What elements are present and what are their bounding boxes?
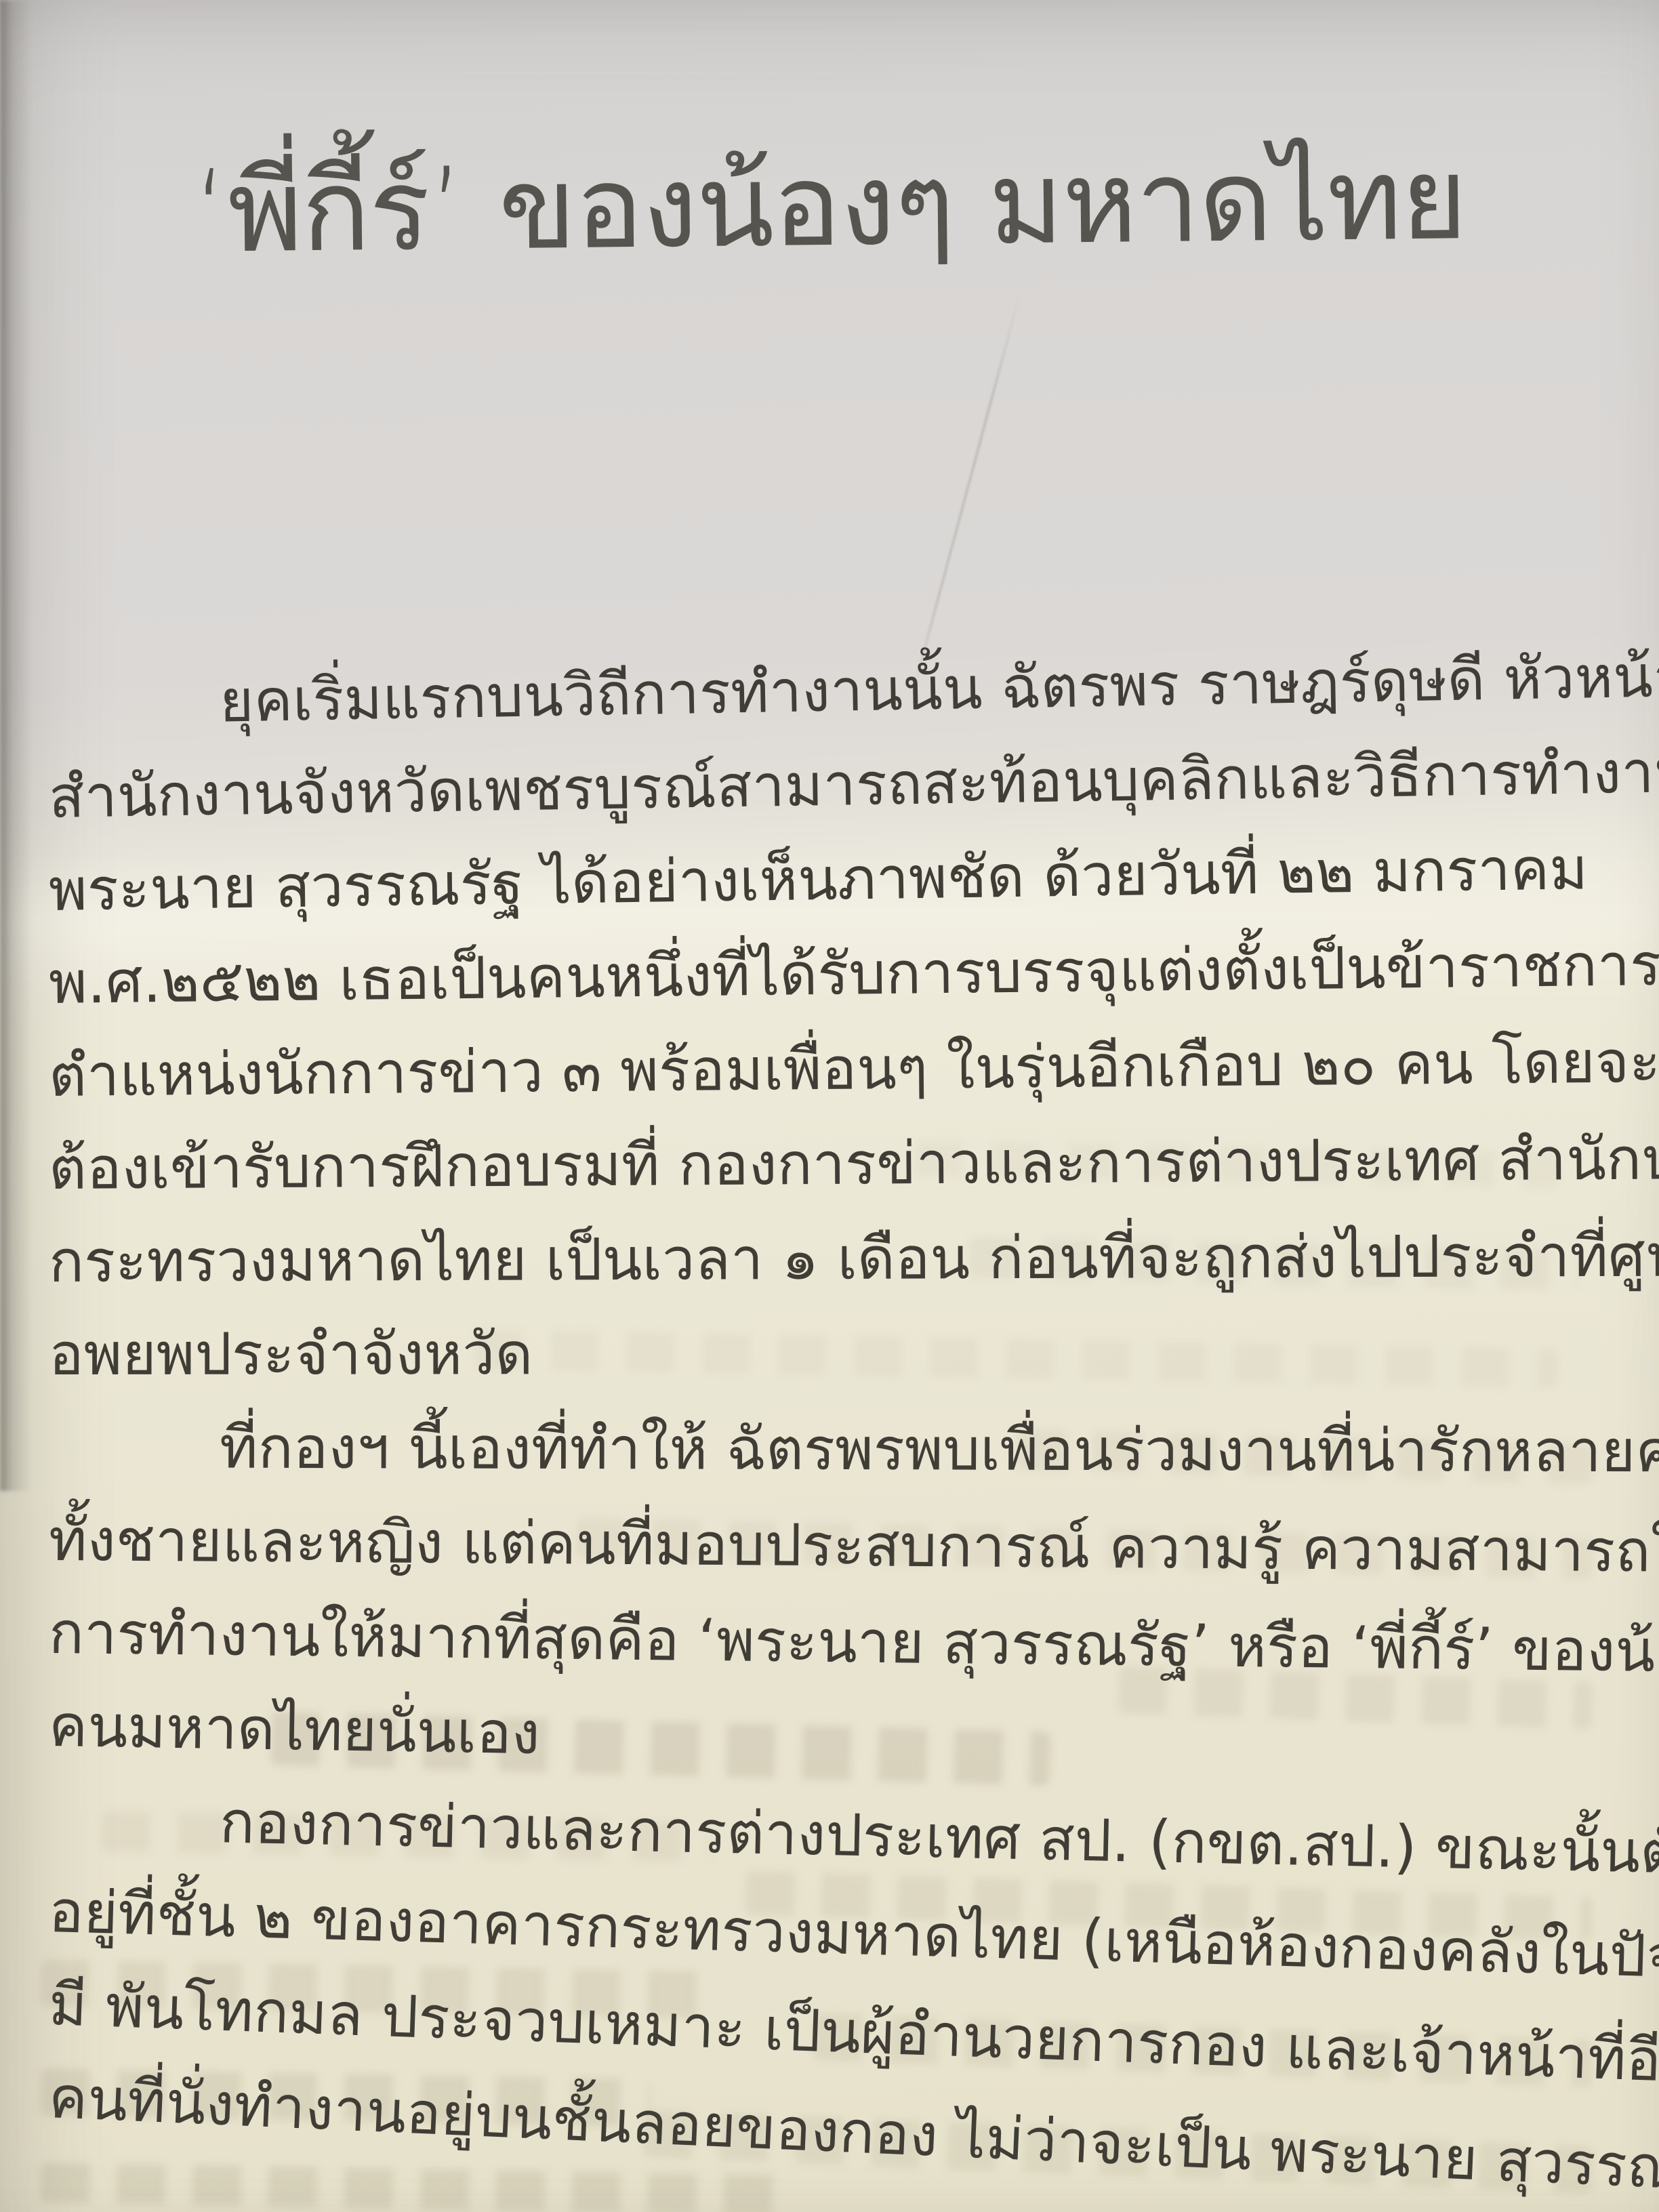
book-page-photo: ‘พี่กี้ร์’ ของน้องๆ มหาดไทย ยุคเริ่มแรกบ… — [0, 0, 1659, 2212]
photo-vignette — [0, 0, 1659, 2212]
